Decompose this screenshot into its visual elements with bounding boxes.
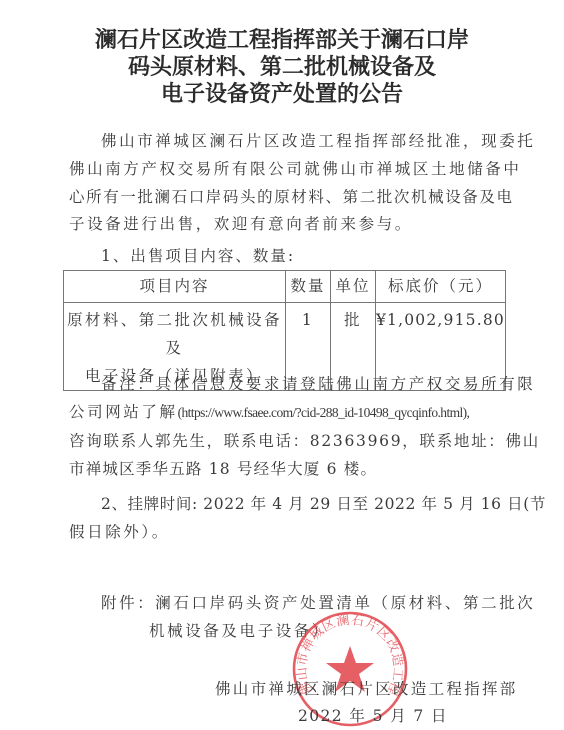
note-line-3: 咨询联系人郭先生，联系电话：82363969，联系地址：佛山 [69, 431, 540, 451]
note-line-4: 市禅城区季华五路 18 号经华大厦 6 楼。 [69, 459, 377, 479]
listing-period-line-1: 2、挂牌时间: 2022 年 4 月 29 日至 2022 年 5 月 16 日… [101, 494, 546, 514]
title-line-2: 码头原材料、第二批机械设备及 [0, 54, 564, 80]
listing-period-line-2: 假日除外）。 [69, 522, 170, 542]
table-header-row: 项目内容 数量 单位 标底价（元） [64, 271, 506, 303]
intro-line-4: 子设备进行出售，欢迎有意向者前来参与。 [69, 214, 413, 234]
title-line-3: 电子设备资产处置的公告 [0, 81, 564, 107]
section-1-heading: 1、出售项目内容、数量: [101, 246, 295, 266]
header-quantity: 数量 [286, 271, 331, 303]
note-line-1: 备注：具体信息及要求请登陆佛山南方产权交易所有限 [101, 374, 535, 394]
intro-line-2: 佛山南方产权交易所有限公司就佛山市禅城区土地储备中 [69, 159, 522, 179]
issuer-signature: 佛山市禅城区澜石片区改造工程指挥部 [215, 679, 518, 699]
note-line-2: 公司网站了解(https://www.fsaee.com/?cid-288_id… [69, 402, 469, 423]
intro-line-3: 心所有一批澜石口岸码头的原材料、第二批次机械设备及电 [69, 187, 514, 207]
website-link[interactable]: (https://www.fsaee.com/?cid-288_id-10498… [178, 405, 470, 420]
item-content-line-1: 原材料、第二批次机械设备及 [64, 306, 285, 362]
header-unit: 单位 [331, 271, 376, 303]
issue-date: 2022 年 5 月 7 日 [298, 706, 448, 726]
note-text: 公司网站了解 [69, 403, 178, 421]
header-item-content: 项目内容 [64, 271, 286, 303]
title-line-1: 澜石片区改造工程指挥部关于澜石口岸 [0, 27, 564, 53]
sale-items-table: 项目内容 数量 单位 标底价（元） 原材料、第二批次机械设备及 电子设备（详见附… [63, 270, 506, 391]
header-reserve-price: 标底价（元） [376, 271, 506, 303]
intro-line-1: 佛山市禅城区澜石片区改造工程指挥部经批准，现委托 [101, 131, 535, 151]
